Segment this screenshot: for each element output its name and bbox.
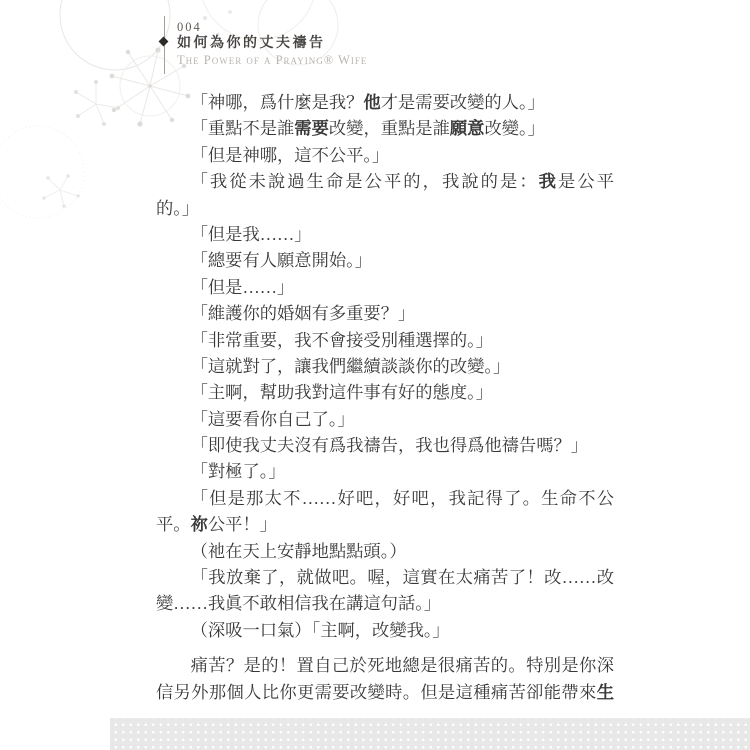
body-text: 「神哪，爲什麼是我？他才是需要改變的人。」「重點不是誰需要改變，重點是誰願意改變… [156, 90, 614, 706]
text-segment: 「重點不是誰 [191, 119, 295, 138]
text-line: 「即使我丈夫沒有爲我禱告，我也得爲他禱告嗎？」 [156, 433, 614, 459]
page-number: 004 [177, 20, 367, 35]
text-segment: 平。 [156, 515, 191, 534]
emphasis-text: 他 [363, 93, 380, 112]
emphasis-text: 需要 [294, 119, 329, 138]
text-line: 「但是我……」 [156, 222, 614, 248]
text-segment: 「總要有人願意開始。」 [191, 251, 372, 270]
text-segment: 「這要看你自己了。」 [191, 410, 355, 429]
text-segment: 「這就對了，讓我們繼續談談你的改變。」 [191, 357, 511, 376]
emphasis-text: 祢 [191, 515, 208, 534]
text-line: 「非常重要，我不會接受別種選擇的。」 [156, 328, 614, 354]
text-line: 「但是那太不……好吧，好吧，我記得了。生命不公 [156, 486, 614, 512]
text-segment: 變……我眞不敢相信我在講這句話。」 [156, 594, 441, 613]
book-page: 004 如何為你的丈夫禱告 The Power of a Praying® Wi… [0, 0, 750, 750]
text-segment: 「維護你的婚姻有多重要？」 [191, 304, 416, 323]
text-line: 「對極了。」 [156, 459, 614, 485]
text-segment: 「即使我丈夫沒有爲我禱告，我也得爲他禱告嗎？」 [191, 436, 588, 455]
text-line: 「但是……」 [156, 275, 614, 301]
text-segment: （深吸一口氣）「主啊，改變我。」 [191, 621, 450, 640]
text-line: 變……我眞不敢相信我在講這句話。」 [156, 591, 614, 617]
text-segment: 的。」 [156, 199, 199, 218]
text-segment: 「但是我……」 [191, 225, 312, 244]
book-title-en: The Power of a Praying® Wife [177, 53, 367, 68]
text-line: 「我從未說過生命是公平的，我說的是：我是公平 [156, 169, 614, 195]
emphasis-text: 我 [539, 172, 558, 191]
text-segment: 「主啊，幫助我對這件事有好的態度。」 [191, 383, 493, 402]
text-line: （深吸一口氣）「主啊，改變我。」 [156, 618, 614, 644]
text-line: 「這要看你自己了。」 [156, 407, 614, 433]
text-line: 「這就對了，讓我們繼續談談你的改變。」 [156, 354, 614, 380]
text-line: 平。祢公平！」 [156, 512, 614, 538]
text-segment: 信另外那個人比你更需要改變時。但是這種痛苦卻能帶來 [156, 683, 597, 702]
text-segment: 痛苦？是的！置自己於死地總是很痛苦的。特別是你深 [191, 656, 614, 675]
text-segment: 「但是……」 [191, 278, 295, 297]
text-segment: （祂在天上安靜地點點頭。） [191, 542, 407, 561]
diamond-bullet-icon [159, 37, 169, 47]
text-segment: 「但是神哪，這不公平。」 [191, 146, 390, 165]
text-segment: 公平！」 [208, 515, 277, 534]
text-line: 「我放棄了，就做吧。喔，這實在太痛苦了！改……改 [156, 565, 614, 591]
text-segment: 改變。」 [484, 119, 544, 138]
footer-dots-strip [110, 718, 750, 750]
page-header: 004 如何為你的丈夫禱告 The Power of a Praying® Wi… [177, 20, 367, 68]
text-line: 「但是神哪，這不公平。」 [156, 143, 614, 169]
text-line: 痛苦？是的！置自己於死地總是很痛苦的。特別是你深 [156, 653, 614, 679]
text-segment: 才是需要改變的人。」 [381, 93, 545, 112]
text-line: 信另外那個人比你更需要改變時。但是這種痛苦卻能帶來生 [156, 680, 614, 706]
text-line: 「維護你的婚姻有多重要？」 [156, 301, 614, 327]
text-segment: 「非常重要，我不會接受別種選擇的。」 [191, 331, 493, 350]
emphasis-text: 願意 [450, 119, 485, 138]
text-segment: 「但是那太不……好吧，好吧，我記得了。生命不公 [191, 489, 614, 508]
text-segment: 是公平 [558, 172, 614, 191]
text-segment: 「神哪，爲什麼是我？ [191, 93, 364, 112]
text-line: 的。」 [156, 196, 614, 222]
text-line: 「重點不是誰需要改變，重點是誰願意改變。」 [156, 116, 614, 142]
book-title-zh: 如何為你的丈夫禱告 [177, 36, 367, 52]
text-segment: 「對極了。」 [191, 462, 286, 481]
text-line: （祂在天上安靜地點點頭。） [156, 539, 614, 565]
text-line: 「總要有人願意開始。」 [156, 248, 614, 274]
text-line: 「神哪，爲什麼是我？他才是需要改變的人。」 [156, 90, 614, 116]
text-segment: 「我從未說過生命是公平的，我說的是： [191, 172, 539, 191]
emphasis-text: 生 [597, 683, 614, 702]
text-line: 「主啊，幫助我對這件事有好的態度。」 [156, 380, 614, 406]
text-segment: 改變，重點是誰 [329, 119, 450, 138]
text-segment: 「我放棄了，就做吧。喔，這實在太痛苦了！改……改 [191, 568, 614, 587]
